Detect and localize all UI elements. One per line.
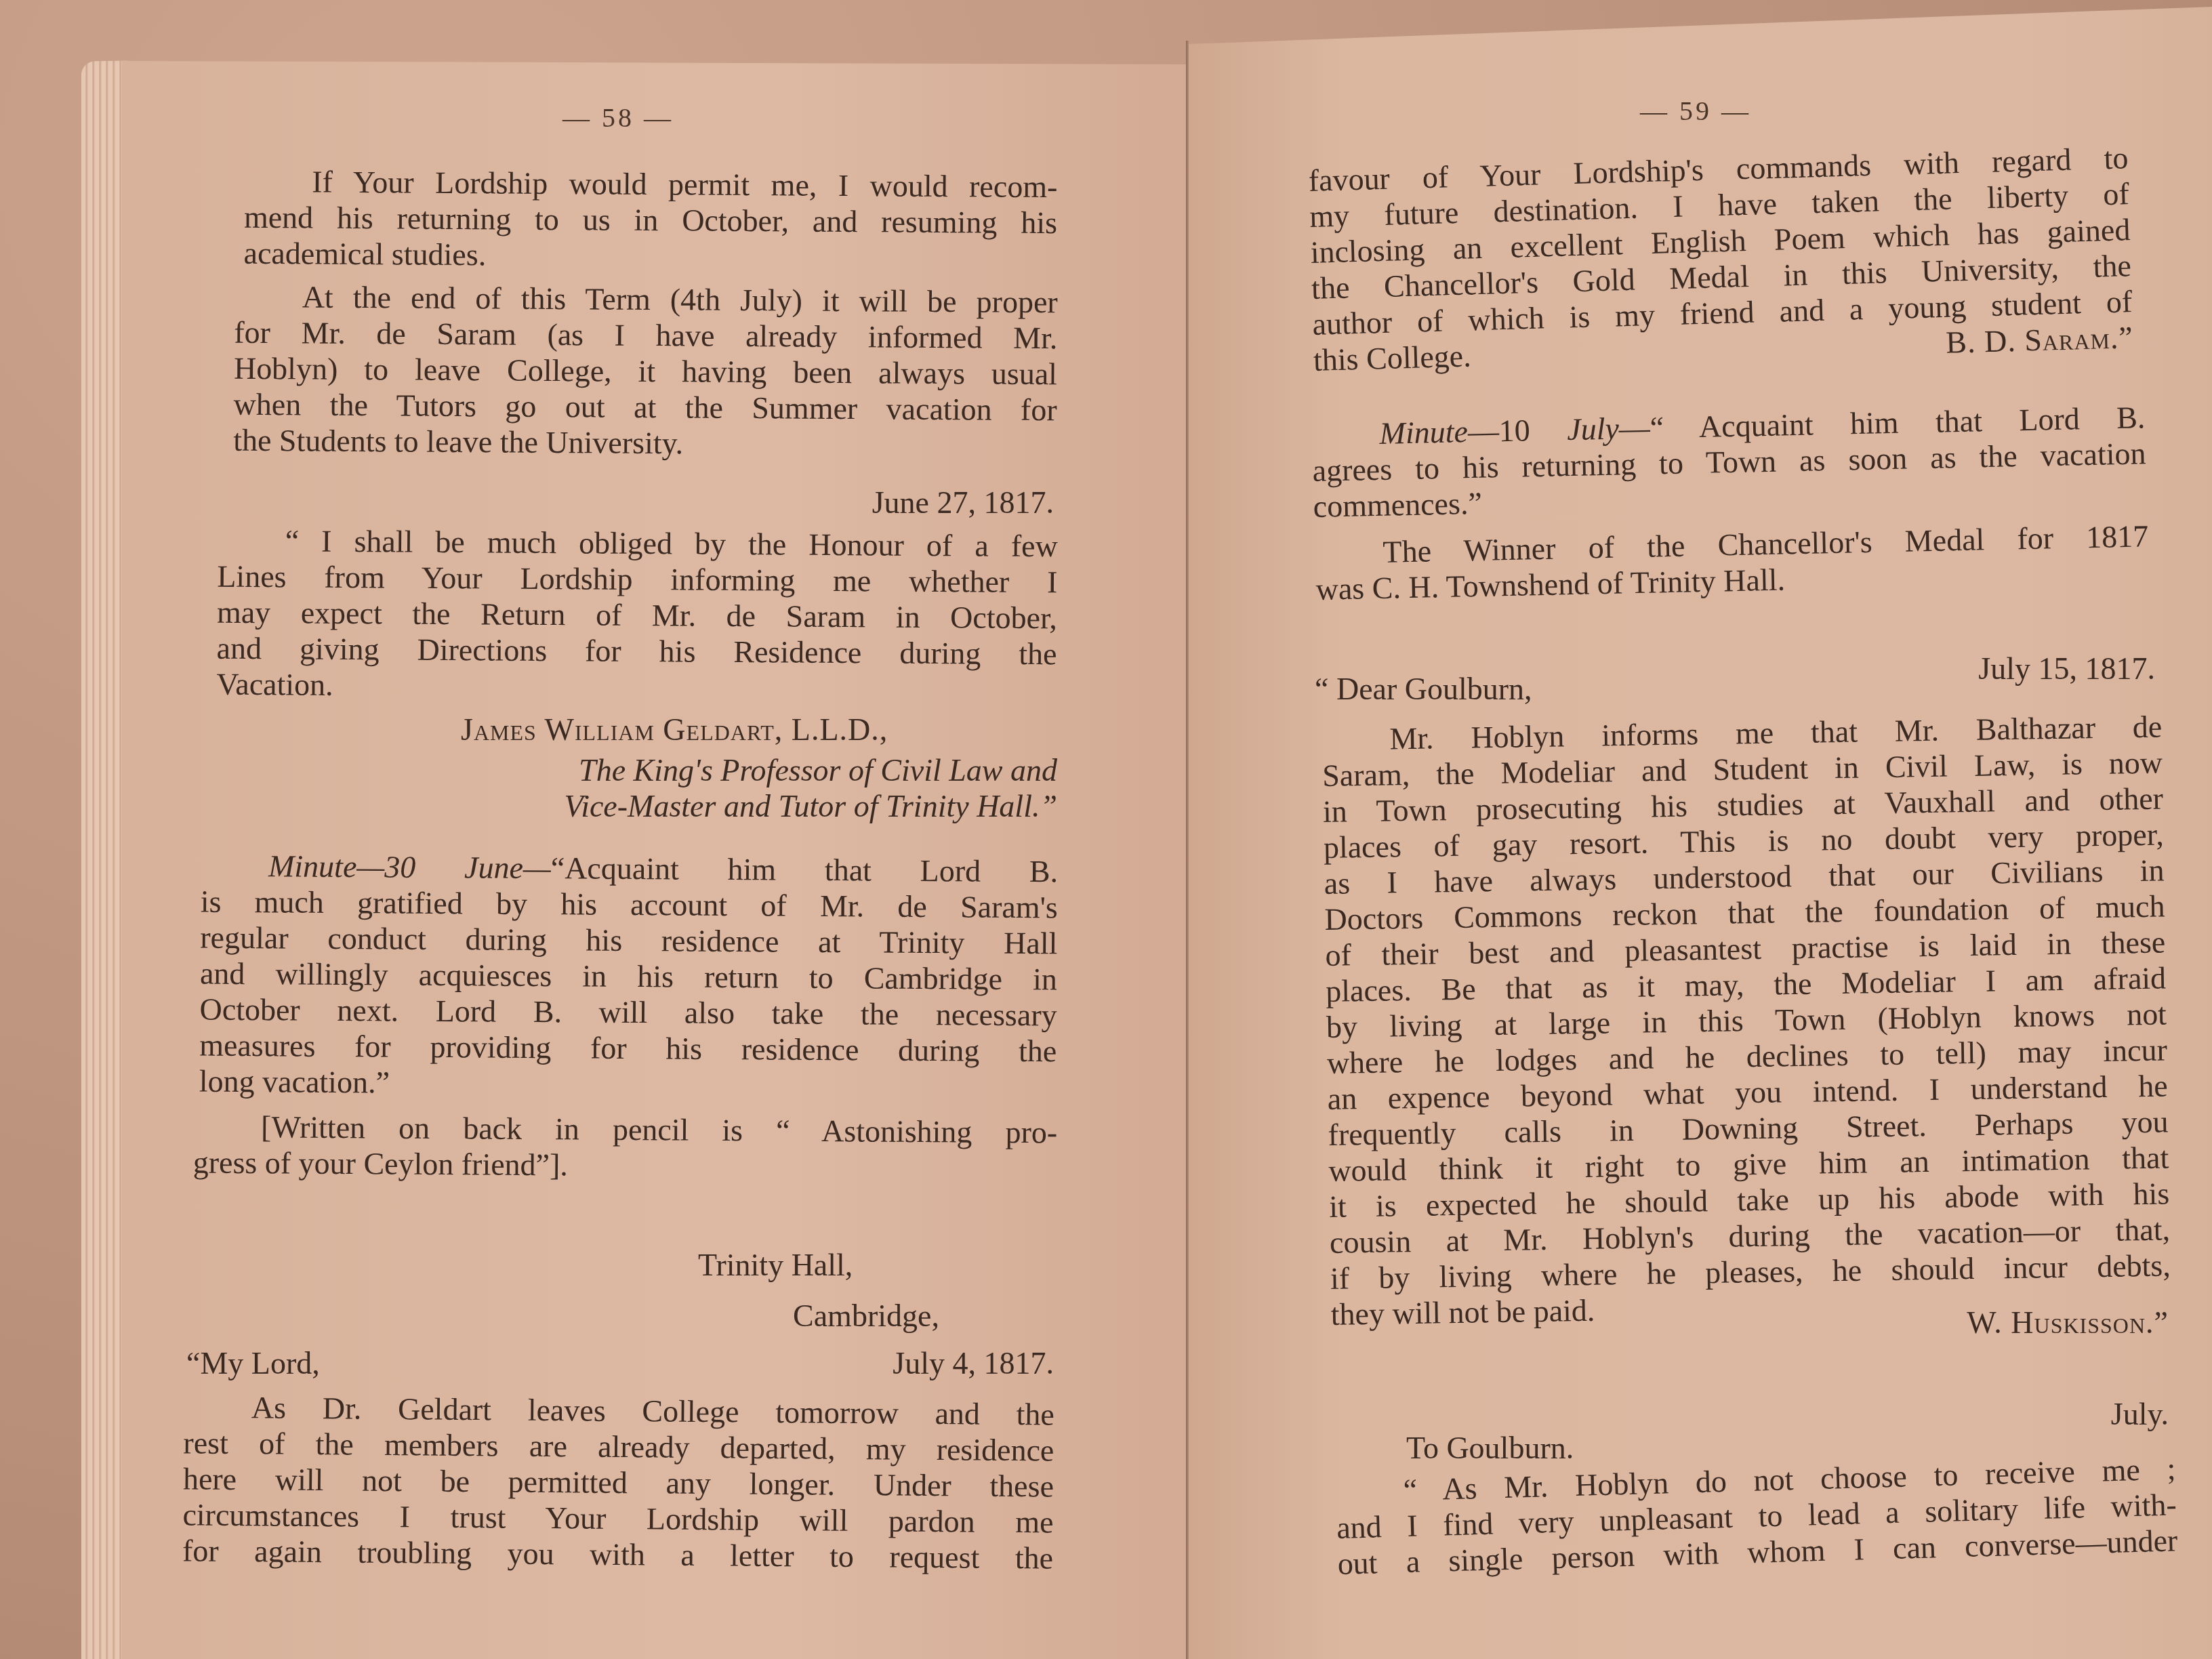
text-line: long vacation.” xyxy=(199,1063,1057,1105)
letter1-date: June 27, 1817. xyxy=(678,485,1054,520)
page-edges xyxy=(81,60,129,1659)
text-line: Minute—30 June—“Acquaint him that Lord B… xyxy=(201,848,1058,890)
left-para-2: At the end of this Term (4th July) it wi… xyxy=(233,279,1058,464)
minute2: Minute—10 July—“ Acquaint him that Lord … xyxy=(1311,399,2147,525)
text-line: Vice-Master and Tutor of Trinity Hall.” xyxy=(380,788,1057,824)
text-line: Hoblyn) to leave College, it having been… xyxy=(234,350,1057,392)
signature-huskisson: W. Huskisson.” xyxy=(1762,1305,2169,1340)
text-line: At the end of this Term (4th July) it wi… xyxy=(234,279,1058,320)
pencil-note: [Written on back in pencil is “ Astonish… xyxy=(193,1109,1058,1187)
letter1-signature: James William Geldart, L.L.D., xyxy=(461,712,1057,747)
text-line: [Written on back in pencil is “ Astonish… xyxy=(193,1109,1057,1151)
letter2-salutation: “My Lord, xyxy=(186,1345,593,1381)
text-line: academical studies. xyxy=(243,235,1057,276)
text-line: may expect the Return of Mr. de Saram in… xyxy=(217,594,1057,636)
signature-saram: B. D. Saram.” xyxy=(1946,319,2134,361)
text-line: when the Tutors go out at the Summer vac… xyxy=(233,386,1057,428)
text-line: is much gratified by his account of Mr. … xyxy=(201,884,1058,926)
letter3-date: July 15, 1817. xyxy=(1762,651,2155,687)
letter4-recipient: To Goulburn. xyxy=(1406,1430,1813,1466)
text-line: If Your Lordship would permit me, I woul… xyxy=(244,163,1057,205)
letter2-address-2: Cambridge, xyxy=(793,1298,1064,1334)
left-para-1: If Your Lordship would permit me, I woul… xyxy=(243,163,1057,276)
text-line: for Mr. de Saram (as I have already info… xyxy=(234,314,1057,356)
text-line: and willingly acquiesces in his return t… xyxy=(200,956,1057,998)
minute1: Minute—30 June—“Acquaint him that Lord B… xyxy=(199,848,1059,1105)
text-line: and giving Directions for his Residence … xyxy=(216,630,1057,672)
letter4-date: July. xyxy=(1965,1396,2169,1432)
text-line: October next. Lord B. will also take the… xyxy=(199,991,1057,1033)
page-number-right: — 59 — xyxy=(1640,95,1751,127)
text-line: Lines from Your Lordship informing me wh… xyxy=(217,558,1057,600)
page-number-left: — 58 — xyxy=(562,102,674,134)
letter2-address-1: Trinity Hall, xyxy=(698,1247,1037,1283)
text-line: mend his returning to us in October, and… xyxy=(244,199,1057,241)
text-line: regular conduct during his residence at … xyxy=(200,920,1057,962)
text-line: for again troubling you with a letter to… xyxy=(182,1532,1053,1576)
letter3-body: Mr. Hoblyn informs me that Mr. Balthazar… xyxy=(1322,709,2171,1332)
book-gutter xyxy=(1186,41,1189,1659)
letter1-title: The King's Professor of Civil Law and Vi… xyxy=(380,752,1057,824)
text-line: Vacation. xyxy=(216,666,1057,708)
text-line: “ I shall be much obliged by the Honour … xyxy=(218,523,1058,565)
text-line: The King's Professor of Civil Law and xyxy=(380,752,1057,788)
letter2-body: As Dr. Geldart leaves College tomorrow a… xyxy=(182,1389,1054,1576)
minute-label: Minute—30 June— xyxy=(268,848,551,885)
letter3-salutation: “ Dear Goulburn, xyxy=(1315,671,1789,707)
right-para-1: favour of Your Lordship's commands with … xyxy=(1308,140,2133,378)
text-line: gress of your Ceylon friend”]. xyxy=(193,1145,1057,1187)
text-line: measures for providing for his residence… xyxy=(199,1027,1057,1069)
letter2-date: July 4, 1817. xyxy=(678,1345,1054,1381)
text-line: the Students to leave the University. xyxy=(233,422,1057,464)
letter1-body: “ I shall be much obliged by the Honour … xyxy=(216,523,1058,708)
